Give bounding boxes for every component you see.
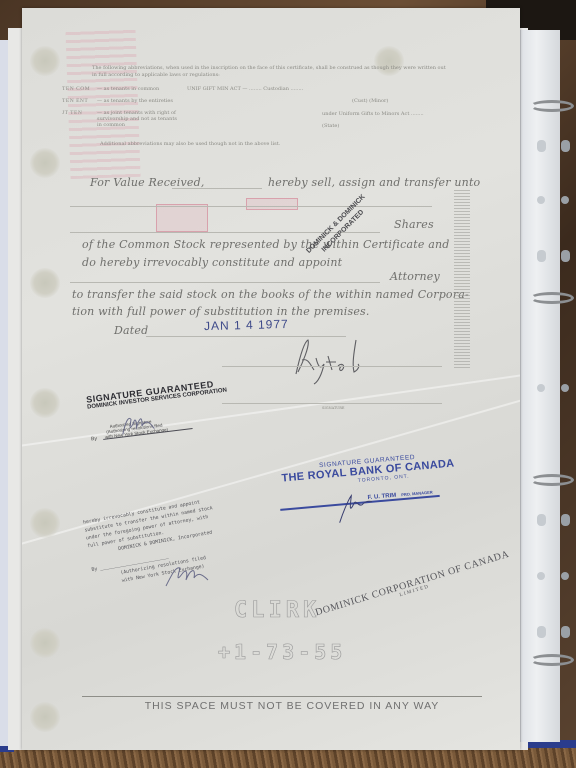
punch-mark — [30, 268, 60, 298]
faded-pink-stamp-box — [246, 198, 298, 210]
attorney-line — [70, 282, 380, 283]
punch-hole — [561, 140, 570, 152]
punch-hole — [561, 384, 569, 392]
assignee-line — [70, 206, 432, 207]
punch-hole — [561, 514, 570, 526]
perforated-cancel-text: CLIRK — [234, 598, 320, 623]
punch-hole — [561, 250, 570, 262]
abbr-code: JT TEN — [62, 110, 82, 116]
sub-by: By — [91, 567, 98, 573]
transfer-text: to transfer the said stock on the books … — [72, 288, 469, 301]
date-stamp: JAN 1 4 1977 — [204, 317, 289, 333]
initials-signature — [118, 410, 161, 439]
stock-certificate-back: The following abbreviations, when used i… — [22, 8, 520, 750]
abbreviations-intro: The following abbreviations, when used i… — [92, 65, 452, 79]
dominick-corporation-canada-stamp: DOMINICK CORPORATION OF CANADA LIMITED — [314, 549, 512, 623]
faded-pink-stamp-box — [156, 204, 208, 232]
dominick-diagonal-stamp: DOMINICK & DOMINICK INCORPORATED — [305, 193, 376, 264]
punch-hole — [537, 514, 546, 526]
punch-hole — [537, 384, 545, 392]
vertical-fine-print — [454, 188, 470, 368]
footer-notice: THIS SPACE MUST NOT BE COVERED IN ANY WA… — [112, 700, 472, 712]
abbr-right: under Uniform Gifts to Minors Act ......… — [322, 108, 442, 132]
punch-mark — [30, 46, 60, 76]
blank-line — [172, 188, 262, 189]
abbreviations-footnote: Additional abbreviations may also be use… — [100, 141, 280, 147]
common-stock-text: of the Common Stock represented by the w… — [82, 238, 450, 251]
abbr-right: UNIF GIFT MIN ACT — ........ Custodian .… — [187, 86, 303, 92]
stamp-by: By — [91, 436, 98, 443]
bank-officer-signature — [333, 492, 375, 525]
binder-ring-icon — [530, 654, 574, 666]
abbr-right: (Cust) (Minor) — [352, 98, 388, 104]
punch-mark — [30, 508, 60, 538]
punch-hole — [537, 572, 545, 580]
signature-guaranteed-dominick-stamp: SIGNATURE GUARANTEED DOMINICK INVESTOR S… — [86, 378, 231, 442]
signature-line — [222, 366, 442, 367]
handwritten-signature — [292, 336, 402, 386]
signature-line-2 — [222, 403, 442, 404]
punch-hole — [537, 196, 545, 204]
constitute-text: do hereby irrevocably constitute and app… — [82, 256, 342, 269]
abbr-meaning: — as tenants by the entireties — [97, 98, 173, 104]
power-text: tion with full power of substitution in … — [72, 305, 370, 318]
footer-rule — [82, 696, 482, 697]
punch-mark — [30, 702, 60, 732]
binder-ring-icon — [530, 292, 574, 304]
stamp-corp-name: DOMINICK CORPORATION OF CANADA — [314, 549, 511, 619]
punch-mark — [30, 388, 60, 418]
abbr-meaning: — as tenants in common — [97, 86, 159, 92]
punch-hole — [537, 250, 546, 262]
abbr-meaning: — as joint tenants with right of survivo… — [97, 110, 177, 128]
abbr-code: TEN COM — [62, 86, 90, 92]
dated-label: Dated — [114, 324, 148, 337]
shares-label: Shares — [394, 218, 434, 231]
punch-hole — [537, 140, 546, 152]
hereby-sell-text: hereby sell, assign and transfer unto — [268, 176, 480, 189]
binder-ring-icon — [530, 100, 574, 112]
royal-bank-signature-guaranteed-stamp: SIGNATURE GUARANTEED THE ROYAL BANK OF C… — [280, 451, 457, 509]
binder-ring-icon — [530, 474, 574, 486]
punch-hole — [561, 196, 569, 204]
perforated-number: +1-73-55 — [218, 640, 346, 664]
signature-caption: SIGNATURE — [322, 406, 344, 410]
attorney-label: Attorney — [390, 270, 440, 283]
substitution-signature — [162, 560, 212, 590]
stamp-corp-suffix: LIMITED — [317, 559, 512, 623]
punch-hole — [537, 626, 546, 638]
abbr-code: TEN ENT — [62, 98, 88, 104]
punch-mark — [30, 628, 60, 658]
punch-hole — [561, 626, 570, 638]
punch-hole — [561, 572, 569, 580]
punch-mark — [30, 148, 60, 178]
